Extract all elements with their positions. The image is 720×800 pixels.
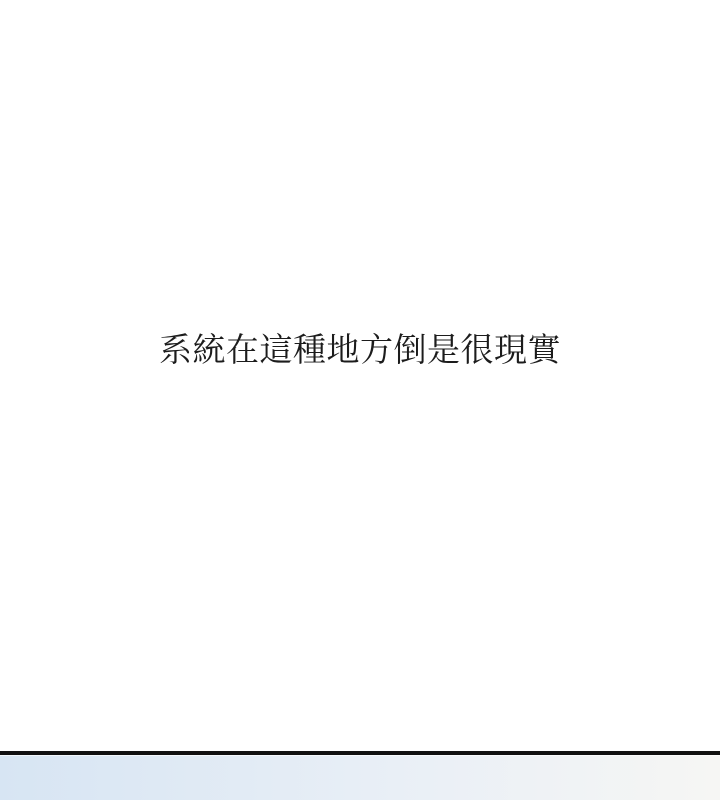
- caption-text: 系統在這種地方倒是很現實: [0, 331, 720, 369]
- panel-sky-image: [0, 755, 720, 800]
- next-panel-top-edge: [0, 751, 720, 800]
- comic-page: 系統在這種地方倒是很現實: [0, 0, 720, 800]
